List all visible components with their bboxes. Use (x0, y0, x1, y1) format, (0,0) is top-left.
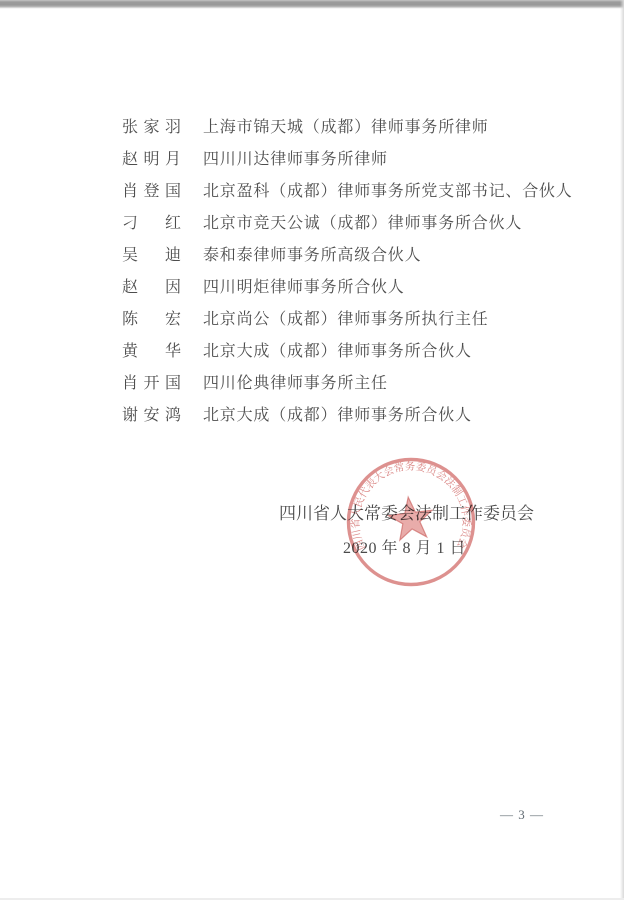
person-affiliation: 四川伦典律师事务所主任 (203, 368, 388, 400)
person-name-char: 陈 (122, 304, 138, 336)
person-name-char: 吴 (122, 240, 138, 272)
person-name: 肖登国 (122, 176, 181, 208)
person-name-char: 迪 (165, 240, 181, 272)
person-name-char: 国 (165, 368, 181, 400)
person-name-char: 黄 (122, 336, 138, 368)
person-name: 黄华 (122, 336, 181, 368)
roster-row: 吴迪泰和泰律师事务所高级合伙人 (122, 240, 582, 272)
person-name-char: 红 (165, 208, 181, 240)
person-name-char: 明 (143, 144, 159, 176)
person-name-char: 家 (143, 112, 159, 144)
person-affiliation: 上海市锦天城（成都）律师事务所律师 (203, 112, 489, 144)
roster-row: 赵明月四川川达律师事务所律师 (122, 144, 582, 176)
roster-row: 张家羽上海市锦天城（成都）律师事务所律师 (122, 112, 582, 144)
person-name-char: 张 (122, 112, 138, 144)
roster-row: 刁红北京市竞天公诚（成都）律师事务所合伙人 (122, 208, 582, 240)
person-affiliation: 四川川达律师事务所律师 (203, 144, 388, 176)
person-name-char: 登 (143, 176, 159, 208)
person-name-char: 谢 (122, 400, 138, 432)
person-affiliation: 北京尚公（成都）律师事务所执行主任 (203, 304, 489, 336)
person-name: 赵明月 (122, 144, 181, 176)
person-name-char: 开 (143, 368, 159, 400)
person-name: 陈宏 (122, 304, 181, 336)
person-name: 肖开国 (122, 368, 181, 400)
person-affiliation: 北京大成（成都）律师事务所合伙人 (203, 336, 472, 368)
person-name-char: 鸿 (165, 400, 181, 432)
seal-star-icon (386, 495, 435, 542)
person-name-char: 月 (165, 144, 181, 176)
person-name-char: 羽 (165, 112, 181, 144)
person-name: 吴迪 (122, 240, 181, 272)
person-name: 张家羽 (122, 112, 181, 144)
person-name-char: 肖 (122, 368, 138, 400)
person-name-char: 华 (165, 336, 181, 368)
person-affiliation: 泰和泰律师事务所高级合伙人 (203, 240, 421, 272)
person-name-char: 国 (165, 176, 181, 208)
roster-row: 赵因四川明炬律师事务所合伙人 (122, 272, 582, 304)
person-name-char: 安 (143, 400, 159, 432)
scan-edge-right (620, 0, 624, 900)
scan-edge-top (0, 0, 624, 9)
person-name-char: 肖 (122, 176, 138, 208)
person-name-char: 赵 (122, 144, 138, 176)
person-name: 谢安鸿 (122, 400, 181, 432)
roster-row: 陈宏北京尚公（成都）律师事务所执行主任 (122, 304, 582, 336)
appointee-roster: 张家羽上海市锦天城（成都）律师事务所律师赵明月四川川达律师事务所律师肖登国北京盈… (122, 112, 582, 432)
roster-row: 肖开国四川伦典律师事务所主任 (122, 368, 582, 400)
roster-row: 肖登国北京盈科（成都）律师事务所党支部书记、合伙人 (122, 176, 582, 208)
person-name: 刁红 (122, 208, 181, 240)
person-name-char: 宏 (165, 304, 181, 336)
person-name: 赵因 (122, 272, 181, 304)
person-affiliation: 四川明炬律师事务所合伙人 (203, 272, 405, 304)
person-name-char: 赵 (122, 272, 138, 304)
person-name-char: 刁 (122, 208, 138, 240)
person-affiliation: 北京大成（成都）律师事务所合伙人 (203, 400, 472, 432)
person-name-char: 因 (165, 272, 181, 304)
roster-row: 黄华北京大成（成都）律师事务所合伙人 (122, 336, 582, 368)
official-seal: 四川省人民代表大会常务委员会法制工作委员会 (343, 454, 479, 590)
person-affiliation: 北京市竞天公诚（成都）律师事务所合伙人 (203, 208, 522, 240)
roster-row: 谢安鸿北京大成（成都）律师事务所合伙人 (122, 400, 582, 432)
person-affiliation: 北京盈科（成都）律师事务所党支部书记、合伙人 (203, 176, 573, 208)
document-page: 张家羽上海市锦天城（成都）律师事务所律师赵明月四川川达律师事务所律师肖登国北京盈… (0, 0, 624, 900)
page-number: — 3 — (500, 807, 544, 823)
